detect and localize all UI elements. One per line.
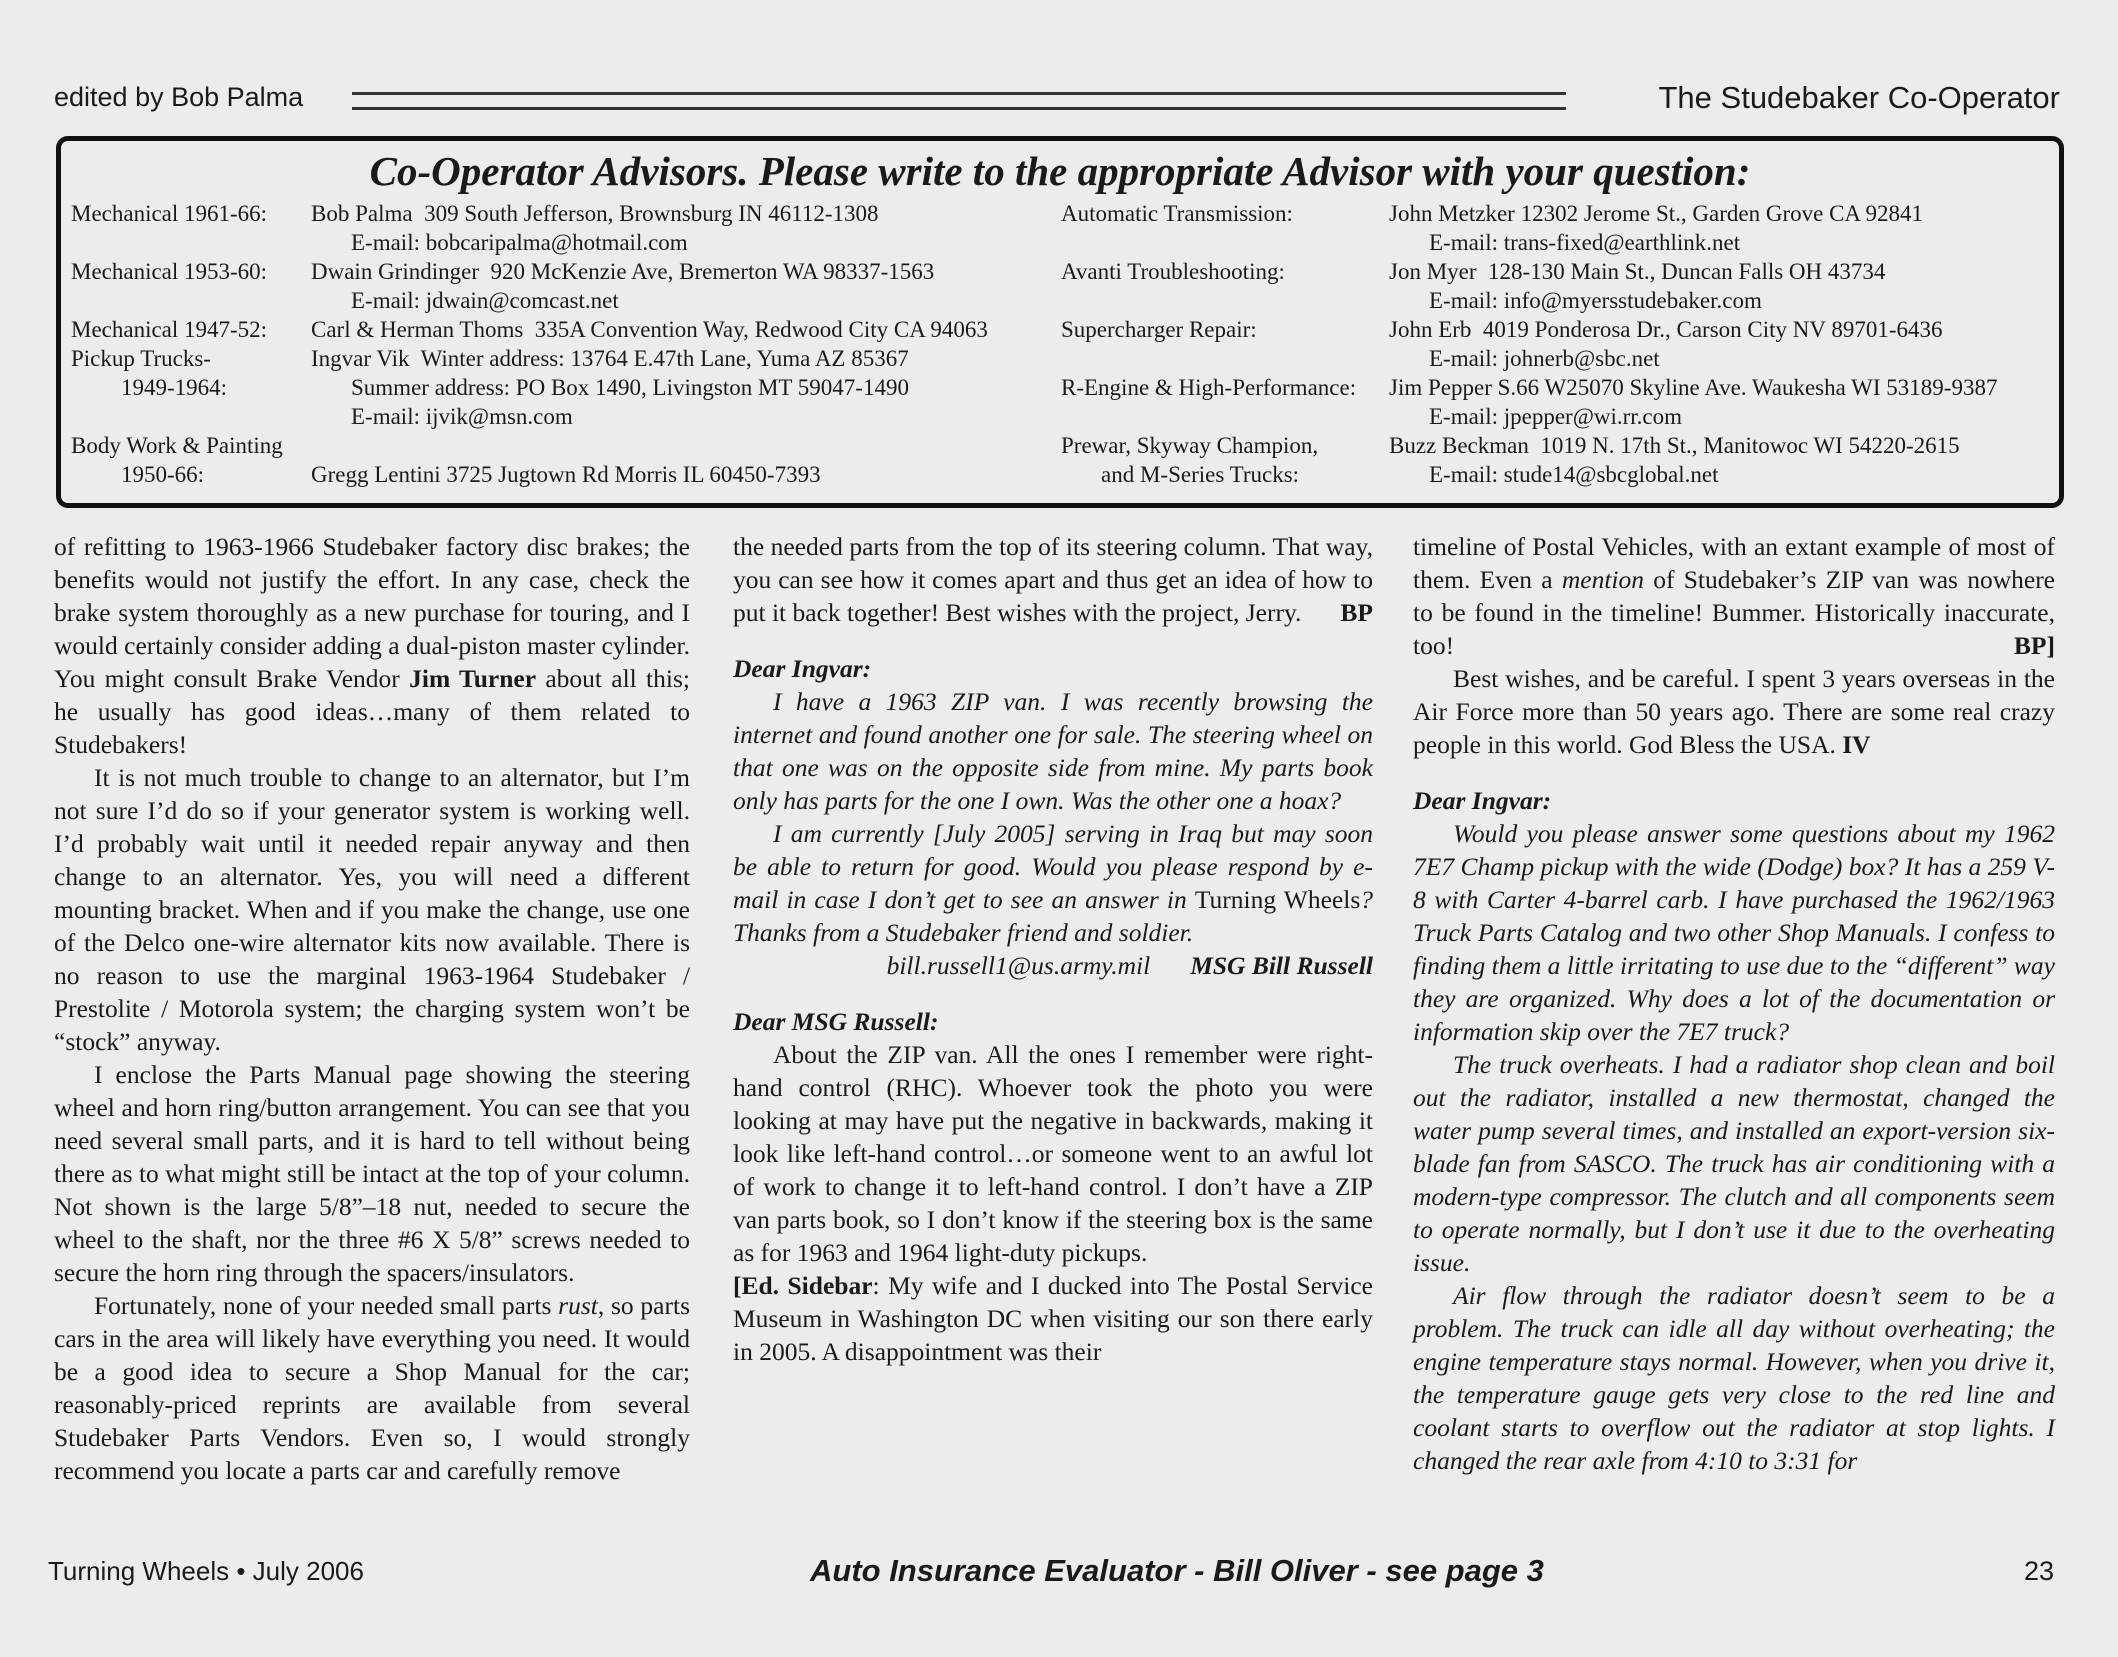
advisor-category: Prewar, Skyway Champion, xyxy=(1061,431,1389,460)
advisor-address: Winter address: 13764 E.47th Lane, Yuma … xyxy=(421,346,909,371)
advisor-name: Bob Palma xyxy=(311,201,413,226)
advisor-address: 3725 Jugtown Rd Morris IL 60450-7393 xyxy=(446,462,820,487)
paragraph: About the ZIP van. All the ones I rememb… xyxy=(733,1038,1373,1269)
advisor-address: 4019 Ponderosa Dr., Carson City NV 89701… xyxy=(1483,317,1943,342)
footer-ad: Auto Insurance Evaluator - Bill Oliver -… xyxy=(810,1553,1544,1589)
article-column-3: timeline of Postal Vehicles, with an ext… xyxy=(1413,530,2055,1477)
advisors-box: Co-Operator Advisors. Please write to th… xyxy=(56,136,2064,508)
advisor-address: 309 South Jefferson, Brownsburg IN 46112… xyxy=(424,201,878,226)
advisor-name: Gregg Lentini xyxy=(311,462,441,487)
advisor-email[interactable]: E-mail: trans-fixed@earthlink.net xyxy=(1429,230,1740,255)
paragraph: the needed parts from the top of its ste… xyxy=(733,530,1373,629)
advisor-entry: Pickup Trucks-Ingvar Vik Winter address:… xyxy=(71,344,909,431)
paragraph: I enclose the Parts Manual page showing … xyxy=(54,1058,690,1289)
signature: IV xyxy=(1842,730,1870,759)
advisor-entry: Mechanical 1947-52:Carl & Herman Thoms 3… xyxy=(71,315,988,344)
advisor-address: 128-130 Main St., Duncan Falls OH 43734 xyxy=(1488,259,1885,284)
header-double-rule xyxy=(352,92,1566,110)
signature: MSG Bill Russell xyxy=(1150,949,1373,982)
advisor-category: Supercharger Repair: xyxy=(1061,315,1389,344)
paragraph: It is not much trouble to change to an a… xyxy=(54,761,690,1058)
advisor-name: Dwain Grindinger xyxy=(311,259,479,284)
advisor-entry: Supercharger Repair:John Erb 4019 Ponder… xyxy=(1061,315,1942,373)
advisor-category: Mechanical 1961-66: xyxy=(71,199,311,228)
reply-salutation: Dear MSG Russell: xyxy=(733,1005,1373,1038)
advisor-email[interactable]: E-mail: info@myersstudebaker.com xyxy=(1429,288,1762,313)
paragraph: timeline of Postal Vehicles, with an ext… xyxy=(1413,530,2055,662)
paragraph: Fortunately, none of your needed small p… xyxy=(54,1289,690,1487)
advisor-address: 12302 Jerome St., Garden Grove CA 92841 xyxy=(1521,201,1923,226)
letter-paragraph: I have a 1963 ZIP van. I was recently br… xyxy=(733,685,1373,817)
advisor-category: Body Work & Painting xyxy=(71,433,283,458)
advisor-name: Carl & Herman Thoms xyxy=(311,317,523,342)
advisor-address: Summer address: PO Box 1490, Livingston … xyxy=(351,375,909,400)
advisor-name: John Metzker xyxy=(1389,201,1515,226)
advisor-address: 335A Convention Way, Redwood City CA 940… xyxy=(535,317,988,342)
advisor-address: 1019 N. 17th St., Manitowoc WI 54220-261… xyxy=(1540,433,1959,458)
letter-paragraph: Would you please answer some questions a… xyxy=(1413,817,2055,1048)
advisor-entry: Prewar, Skyway Champion,Buzz Beckman 101… xyxy=(1061,431,1960,489)
advisor-email[interactable]: E-mail: johnerb@sbc.net xyxy=(1429,346,1660,371)
advisor-address: 920 McKenzie Ave, Bremerton WA 98337-156… xyxy=(491,259,935,284)
advisor-name: Jon Myer xyxy=(1389,259,1477,284)
signature: BP] xyxy=(2014,629,2055,662)
page-number: 23 xyxy=(2024,1556,2054,1587)
advisor-category: and M-Series Trucks: xyxy=(1061,460,1429,489)
advisor-category: 1950-66: xyxy=(71,460,311,489)
header-editor-credit: edited by Bob Palma xyxy=(54,82,303,113)
advisor-category: 1949-1964: xyxy=(71,373,351,402)
advisor-category: R-Engine & High-Performance: xyxy=(1061,373,1389,402)
advisor-entry: R-Engine & High-Performance:Jim Pepper S… xyxy=(1061,373,1997,431)
article-column-2: the needed parts from the top of its ste… xyxy=(733,530,1373,1368)
advisor-email[interactable]: E-mail: jpepper@wi.rr.com xyxy=(1429,404,1682,429)
advisor-name: Jim Pepper xyxy=(1389,375,1492,400)
advisor-address: S.66 W25070 Skyline Ave. Waukesha WI 531… xyxy=(1498,375,1998,400)
signature: BP xyxy=(1340,596,1373,629)
paragraph: of refitting to 1963-1966 Studebaker fac… xyxy=(54,530,690,761)
advisor-entry: Mechanical 1961-66:Bob Palma 309 South J… xyxy=(71,199,879,257)
advisor-name: Buzz Beckman xyxy=(1389,433,1529,458)
advisor-email[interactable]: E-mail: ijvik@msn.com xyxy=(351,404,573,429)
letter-paragraph: I am currently [July 2005] serving in Ir… xyxy=(733,817,1373,949)
footer-issue: Turning Wheels • July 2006 xyxy=(48,1556,364,1587)
advisor-category: Mechanical 1953-60: xyxy=(71,257,311,286)
letter-salutation: Dear Ingvar: xyxy=(733,652,1373,685)
advisor-name: Ingvar Vik xyxy=(311,346,409,371)
advisor-entry: Body Work & Painting 1950-66:Gregg Lenti… xyxy=(71,431,821,489)
advisors-title: Co-Operator Advisors. Please write to th… xyxy=(61,147,2059,195)
letter-paragraph: The truck overheats. I had a radiator sh… xyxy=(1413,1048,2055,1279)
paragraph: Best wishes, and be careful. I spent 3 y… xyxy=(1413,662,2055,761)
advisor-category: Avanti Troubleshooting: xyxy=(1061,257,1389,286)
advisor-email[interactable]: E-mail: stude14@sbcglobal.net xyxy=(1429,462,1718,487)
advisor-entry: Mechanical 1953-60:Dwain Grindinger 920 … xyxy=(71,257,934,315)
advisor-email[interactable]: E-mail: bobcaripalma@hotmail.com xyxy=(351,230,688,255)
advisor-name: John Erb xyxy=(1389,317,1471,342)
advisor-category: Automatic Transmission: xyxy=(1061,199,1389,228)
vendor-name: Jim Turner xyxy=(409,664,536,693)
sidebar-paragraph: [Ed. Sidebar: My wife and I ducked into … xyxy=(733,1269,1373,1368)
advisor-entry: Avanti Troubleshooting:Jon Myer 128-130 … xyxy=(1061,257,1885,315)
header-publication-title: The Studebaker Co-Operator xyxy=(1659,80,2061,116)
advisor-email[interactable]: E-mail: jdwain@comcast.net xyxy=(351,288,619,313)
letter-salutation: Dear Ingvar: xyxy=(1413,784,2055,817)
letter-paragraph: Air flow through the radiator doesn’t se… xyxy=(1413,1279,2055,1477)
advisor-entry: Automatic Transmission:John Metzker 1230… xyxy=(1061,199,1923,257)
advisor-category: Mechanical 1947-52: xyxy=(71,315,311,344)
advisor-category: Pickup Trucks- xyxy=(71,344,311,373)
article-column-1: of refitting to 1963-1966 Studebaker fac… xyxy=(54,530,690,1487)
